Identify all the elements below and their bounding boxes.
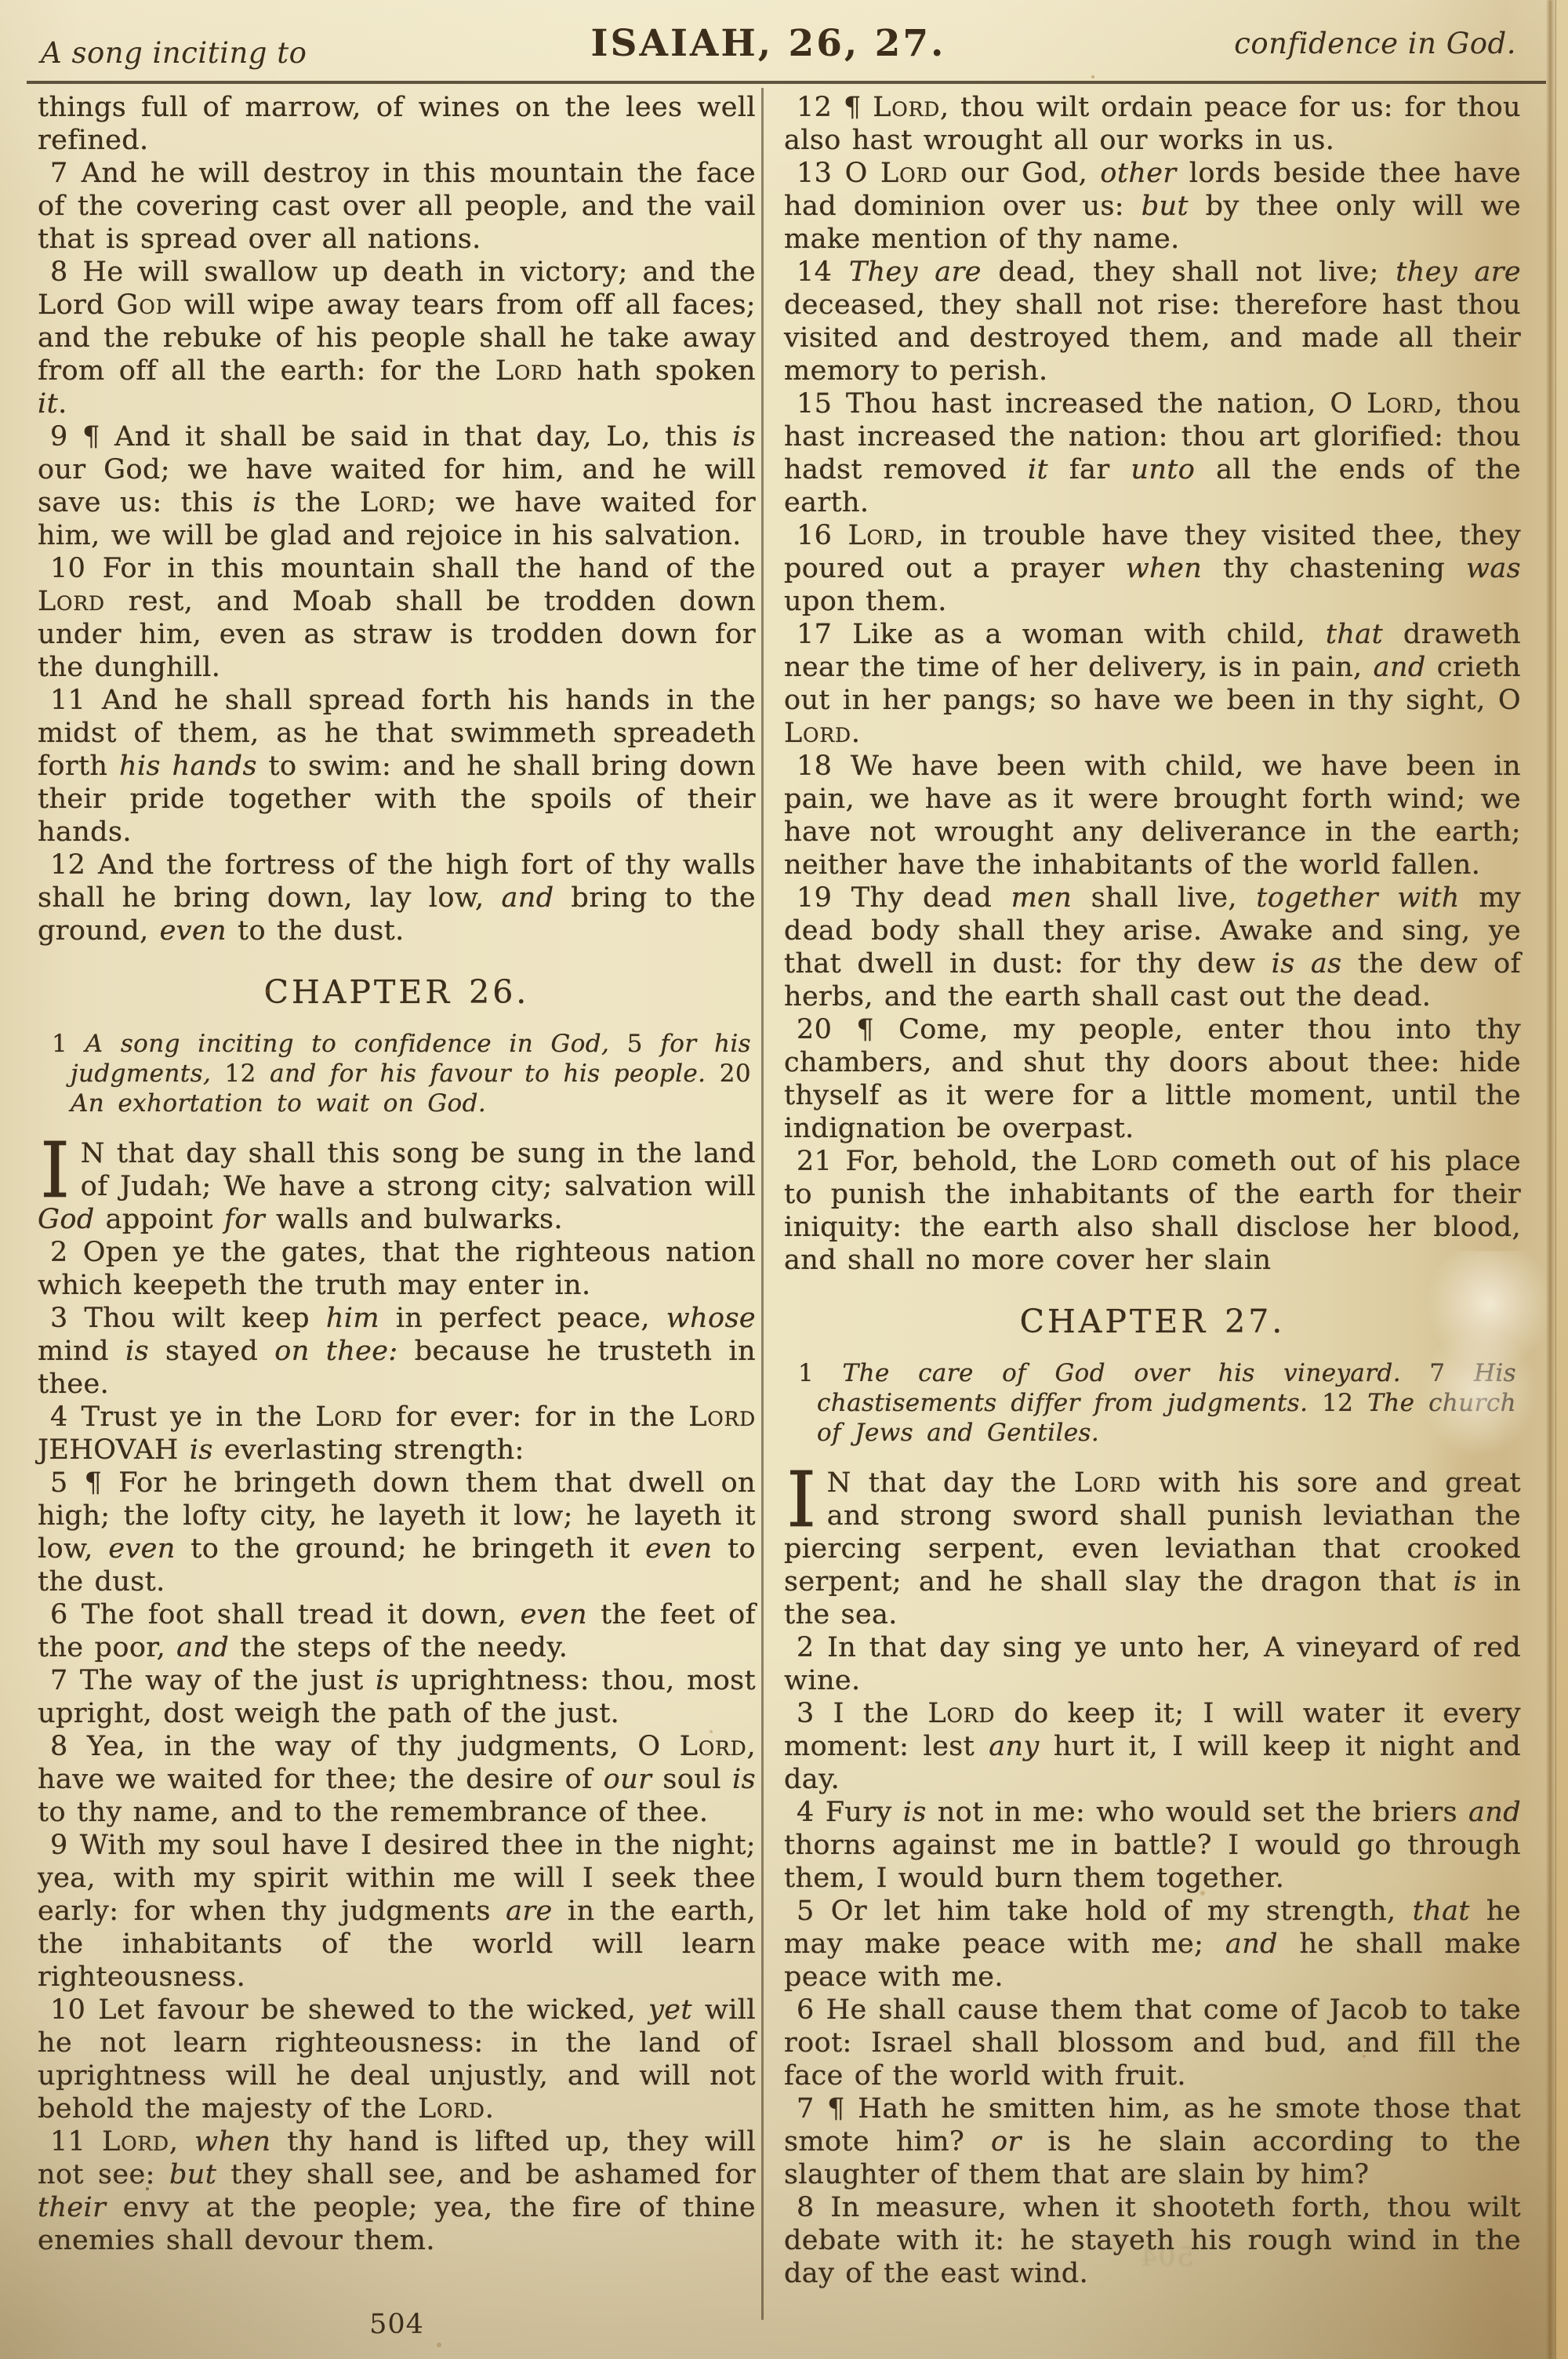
small-caps-divine-name: Lord: [495, 355, 563, 387]
supplied-word-italic: is: [732, 1764, 756, 1795]
supplied-word-italic: together with: [1256, 882, 1459, 914]
verse-number: 9: [50, 1830, 68, 1861]
supplied-word-italic: is: [252, 487, 276, 518]
chapter-argument: 1 A song inciting to confidence in God, …: [38, 1029, 756, 1118]
dropcap-verse: IN that day the Lord with his sore and g…: [784, 1467, 1521, 1631]
verse-paragraph: 16 Lord, in trouble have they visited th…: [784, 519, 1521, 618]
verse-paragraph: 7 And he will destroy in this mountain t…: [38, 157, 756, 256]
supplied-word-italic: and for his favour to his people.: [270, 1060, 706, 1088]
verse-paragraph: 9 With my soul have I desired thee in th…: [38, 1829, 756, 1994]
show-through-page-number: 504: [1138, 2241, 1194, 2273]
small-caps-divine-name: Lord: [360, 487, 427, 518]
supplied-word-italic: even: [645, 1533, 712, 1565]
verse-number: 3: [797, 1698, 815, 1729]
supplied-word-italic: on thee:: [274, 1336, 397, 1367]
verse-number: 11: [50, 685, 85, 716]
book-fore-edge: [1555, 0, 1568, 2359]
verse-paragraph: 11 Lord, when thy hand is lifted up, the…: [38, 2125, 756, 2257]
supplied-word-italic: men: [1011, 882, 1073, 914]
verse-number: 2: [797, 1632, 815, 1663]
drop-cap: I: [38, 1137, 81, 1201]
verse-paragraph: 5 ¶ For he bringeth down them that dwell…: [38, 1467, 756, 1598]
supplied-word-italic: even: [108, 1533, 175, 1565]
verse-number: 8: [797, 2192, 815, 2223]
verse-paragraph: 4 Fury is not in me: who would set the b…: [784, 1796, 1521, 1895]
verse-number: 17: [797, 619, 832, 650]
supplied-word-italic: is: [732, 421, 756, 453]
verse-paragraph: 7 The way of the just is uprightness: th…: [38, 1664, 756, 1730]
small-caps-divine-name: Lord: [1091, 1146, 1159, 1177]
verse-paragraph: 20 ¶ Come, my people, enter thou into th…: [784, 1013, 1521, 1145]
verse-paragraph: 6 He shall cause them that come of Jacob…: [784, 1994, 1521, 2092]
supplied-word-italic: our: [604, 1764, 652, 1795]
chapter-heading: CHAPTER 26.: [38, 974, 756, 1010]
verse-number: 7: [50, 1665, 68, 1696]
verse-number: 2: [50, 1237, 68, 1268]
chapter-heading: CHAPTER 27.: [784, 1303, 1521, 1339]
verse-paragraph: 17 Like as a woman with child, that draw…: [784, 618, 1521, 750]
verse-paragraph: 11 And he shall spread forth his hands i…: [38, 684, 756, 849]
verse-paragraph: 12 And the fortress of the high fort of …: [38, 849, 756, 947]
small-caps-divine-name: Lord: [688, 1401, 756, 1433]
supplied-word-italic: is: [125, 1336, 149, 1367]
running-head-right: confidence in God.: [1234, 27, 1516, 60]
verse-number: 6: [797, 1994, 815, 2026]
small-caps-divine-name: God: [117, 289, 172, 321]
verse-number: 19: [797, 882, 832, 914]
verse-paragraph: 18 We have been with child, we have been…: [784, 750, 1521, 881]
bible-page-scan: A song inciting to ISAIAH, 26, 27. confi…: [0, 0, 1568, 2359]
supplied-word-italic: An exhortation to wait on God.: [71, 1089, 486, 1118]
verse-number: 9: [50, 421, 68, 453]
verse-number: 10: [50, 553, 85, 584]
verse-number: 5: [50, 1467, 68, 1499]
verse-paragraph: 10 For in this mountain shall the hand o…: [38, 552, 756, 684]
verse-number: 4: [797, 1797, 815, 1828]
column-divider: [761, 88, 764, 2320]
verse-paragraph: 3 I the Lord do keep it; I will water it…: [784, 1697, 1521, 1796]
supplied-word-italic: is: [903, 1797, 927, 1828]
verse-number: 11: [50, 2126, 85, 2157]
verse-paragraph: 14 They are dead, they shall not live; t…: [784, 256, 1521, 387]
supplied-word-italic: that: [1413, 1896, 1470, 1927]
supplied-word-italic: is as: [1272, 948, 1342, 980]
small-caps-divine-name: Lord: [927, 1698, 995, 1729]
small-caps-divine-name: Lord: [873, 92, 940, 123]
supplied-word-italic: him: [326, 1303, 379, 1334]
supplied-word-italic: it: [1028, 454, 1048, 485]
chapter-argument: 1 The care of God over his vineyard. 7 H…: [784, 1358, 1521, 1448]
verse-paragraph: 3 Thou wilt keep him in perfect peace, w…: [38, 1302, 756, 1401]
small-caps-divine-name: Lord: [880, 158, 948, 189]
supplied-word-italic: They are: [849, 256, 982, 288]
supplied-word-italic: was: [1466, 553, 1521, 584]
verse-number: 10: [50, 1994, 85, 2026]
verse-paragraph: 13 O Lord our God, other lords beside th…: [784, 157, 1521, 256]
supplied-word-italic: and: [176, 1632, 229, 1663]
supplied-word-italic: is: [1454, 1566, 1477, 1598]
verse-continuation: things full of marrow, of wines on the l…: [38, 91, 756, 157]
page-number: 504: [38, 2309, 756, 2340]
verse-paragraph: 15 Thou hast increased the nation, O Lor…: [784, 387, 1521, 519]
verse-number: 8: [50, 1731, 68, 1762]
supplied-word-italic: A song inciting to confidence in God,: [85, 1030, 610, 1058]
verse-paragraph: 8 He will swallow up death in victory; a…: [38, 256, 756, 420]
supplied-word-italic: that: [1326, 619, 1383, 650]
supplied-word-italic: or: [991, 2126, 1022, 2157]
verse-paragraph: 19 Thy dead men shall live, together wit…: [784, 881, 1521, 1013]
verse-paragraph: 6 The foot shall tread it down, even the…: [38, 1598, 756, 1664]
small-caps-divine-name: Lord: [784, 718, 851, 749]
verse-number: 12: [50, 849, 85, 881]
supplied-word-italic: any: [989, 1731, 1039, 1762]
small-caps-divine-name: Lord: [1367, 388, 1434, 420]
small-caps-divine-name: Lord: [102, 2126, 169, 2157]
supplied-word-italic: unto: [1131, 454, 1195, 485]
supplied-word-italic: when: [1126, 553, 1202, 584]
verse-number: 18: [797, 751, 832, 782]
verse-paragraph: 12 ¶ Lord, thou wilt ordain peace for us…: [784, 91, 1521, 157]
supplied-word-italic: and: [1374, 652, 1426, 683]
small-caps-divine-name: Lord: [418, 2093, 485, 2125]
supplied-word-italic: their: [38, 2192, 106, 2223]
verse-paragraph: 8 Yea, in the way of thy judgments, O Lo…: [38, 1730, 756, 1829]
verse-paragraph: 8 In measure, when it shooteth forth, th…: [784, 2191, 1521, 2290]
supplied-word-italic: when: [194, 2126, 270, 2157]
dropcap-verse: IN that day shall this song be sung in t…: [38, 1137, 756, 1236]
verse-number: 7: [50, 158, 68, 189]
supplied-word-italic: is: [376, 1665, 399, 1696]
supplied-word-italic: but: [169, 2159, 216, 2190]
verse-number: 16: [797, 520, 832, 551]
verse-paragraph: 7 ¶ Hath he smitten him, as he smote tho…: [784, 2092, 1521, 2191]
supplied-word-italic: they are: [1396, 256, 1521, 288]
verse-number: 7: [797, 2093, 815, 2125]
small-caps-divine-name: Lord: [848, 520, 915, 551]
verse-number: 3: [50, 1303, 68, 1334]
small-caps-divine-name: Lord: [315, 1401, 383, 1433]
drop-cap: I: [784, 1467, 827, 1530]
verse-number: 4: [50, 1401, 68, 1433]
supplied-word-italic: but: [1142, 191, 1189, 222]
supplied-word-italic: even: [521, 1599, 587, 1630]
verse-number: 13: [797, 158, 832, 189]
supplied-word-italic: even: [160, 915, 227, 947]
verse-paragraph: 5 Or let him take hold of my strength, t…: [784, 1895, 1521, 1994]
verse-paragraph: 10 Let favour be shewed to the wicked, y…: [38, 1994, 756, 2125]
supplied-word-italic: is: [190, 1434, 213, 1466]
verse-number: 6: [50, 1599, 68, 1630]
supplied-word-italic: yet: [648, 1994, 692, 2026]
verse-number: 21: [797, 1146, 832, 1177]
supplied-word-italic: whose: [666, 1303, 756, 1334]
supplied-word-italic: The care of God over his vineyard.: [843, 1359, 1401, 1387]
verse-number: 8: [50, 256, 68, 288]
verse-number: 14: [797, 256, 832, 288]
supplied-word-italic: and: [1225, 1928, 1278, 1960]
verse-paragraph: 4 Trust ye in the Lord for ever: for in …: [38, 1401, 756, 1467]
verse-number: 20: [797, 1014, 832, 1045]
supplied-word-italic: his hands: [119, 751, 257, 782]
verse-number: 12: [797, 92, 832, 123]
small-caps-divine-name: Lord: [1074, 1467, 1142, 1499]
verse-number: 15: [797, 388, 832, 420]
verse-number: 5: [797, 1896, 815, 1927]
supplied-word-italic: for: [224, 1204, 265, 1235]
left-text-column: things full of marrow, of wines on the l…: [38, 91, 756, 2257]
right-text-column: 12 ¶ Lord, thou wilt ordain peace for us…: [784, 91, 1521, 2290]
supplied-word-italic: God: [38, 1204, 95, 1235]
supplied-word-italic: other: [1100, 158, 1176, 189]
supplied-word-italic: it: [38, 388, 58, 420]
verse-paragraph: 2 Open ye the gates, that the righteous …: [38, 1236, 756, 1302]
verse-paragraph: 2 In that day sing ye unto her, A vineya…: [784, 1631, 1521, 1697]
small-caps-divine-name: Lord: [38, 586, 105, 617]
paper-specks: [0, 0, 3, 3]
header-rule: [27, 81, 1546, 84]
supplied-word-italic: and: [502, 882, 554, 914]
verse-paragraph: 9 ¶ And it shall be said in that day, Lo…: [38, 420, 756, 552]
supplied-word-italic: are: [506, 1896, 553, 1927]
small-caps-divine-name: Lord: [680, 1731, 747, 1762]
page-edge-crease: [1546, 0, 1555, 2359]
supplied-word-italic: and: [1468, 1797, 1521, 1828]
verse-paragraph: 21 For, behold, the Lord cometh out of h…: [784, 1145, 1521, 1277]
